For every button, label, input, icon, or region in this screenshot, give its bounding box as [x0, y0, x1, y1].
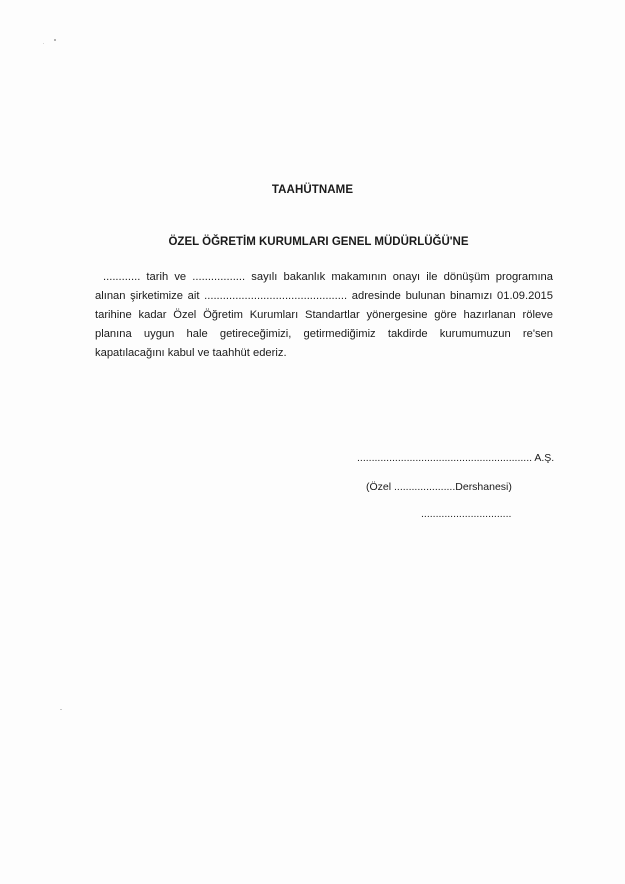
document-title: TAAHÜTNAME — [0, 184, 625, 196]
body-line: kapatılacağını kabul ve taahhüt ederiz. — [95, 344, 553, 363]
scan-speck — [60, 709, 62, 710]
scan-speck — [54, 39, 56, 41]
body-line: planına uygun hale getireceğimizi, getir… — [95, 325, 553, 344]
body-line: ............ tarih ve ................. … — [95, 268, 553, 287]
scan-speck — [43, 43, 44, 44]
signature-dots: ............................... — [421, 508, 511, 520]
document-addressee: ÖZEL ÖĞRETİM KURUMLARI GENEL MÜDÜRLÜĞÜ'N… — [0, 236, 625, 248]
body-line: tarihine kadar Özel Öğretim Kurumları St… — [95, 306, 553, 325]
body-line: alınan şirketimize ait .................… — [95, 287, 553, 306]
signature-school-line: (Özel .....................Dershanesi) — [366, 481, 512, 493]
signature-company-line: ........................................… — [357, 452, 554, 464]
document-page: TAAHÜTNAME ÖZEL ÖĞRETİM KURUMLARI GENEL … — [0, 0, 625, 884]
document-body: ............ tarih ve ................. … — [95, 268, 553, 363]
